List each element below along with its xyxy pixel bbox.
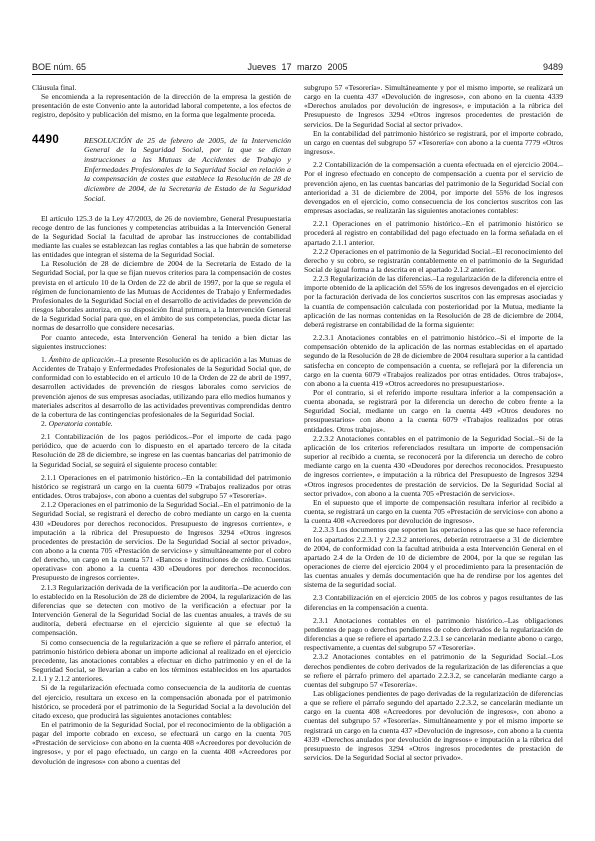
journal-issue: BOE núm. 65 xyxy=(32,62,188,72)
paragraph: 2. Operatoria contable. xyxy=(32,419,291,428)
paragraph: 2.1.2 Operaciones en el patrimonio de la… xyxy=(32,500,291,582)
paragraph: 2.3 Contabilización en el ejercicio 2005… xyxy=(304,593,563,611)
paragraph: 2.1.3 Regularización derivada de la veri… xyxy=(32,583,291,638)
paragraph: Cláusula final. xyxy=(32,83,291,92)
resolution-number: 4490 xyxy=(32,136,84,204)
paragraph: En el supuesto que el importe de compens… xyxy=(304,498,563,525)
paragraph: El artículo 125.3 de la Ley 47/2003, de … xyxy=(32,214,291,260)
paragraph: En la contabilidad del patrimonio histór… xyxy=(304,129,563,156)
document-body: Cláusula final.Se encomienda a la repres… xyxy=(32,83,563,789)
paragraph: 2.2.3.2 Anotaciones contables en el patr… xyxy=(304,434,563,498)
paragraph: 2.2.3.3 Los documentos que soporten las … xyxy=(304,525,563,589)
section-title: Ámbito de aplicación xyxy=(49,355,114,364)
paragraph: Se encomienda a la representación de la … xyxy=(32,92,291,119)
paragraph: 1. Ámbito de aplicación.–La presente Res… xyxy=(32,355,291,419)
paragraph: subgrupo 57 «Tesorería». Simultáneamente… xyxy=(304,83,563,129)
left-column: Cláusula final.Se encomienda a la repres… xyxy=(32,83,291,789)
resolution-item: 4490RESOLUCIÓN de 25 de febrero de 2005,… xyxy=(32,136,291,204)
paragraph: En el patrimonio de la Seguridad Social,… xyxy=(32,720,291,766)
paragraph: 2.2.2 Operaciones en el patrimonio de la… xyxy=(304,247,563,274)
paragraph: 2.2.3 Regularización de las diferencias.… xyxy=(304,274,563,329)
bulletin-page: BOE núm. 65 Jueves 17 marzo 2005 9489 Cl… xyxy=(0,0,595,841)
page-number: 9489 xyxy=(407,62,563,72)
paragraph: La Resolución de 28 de diciembre de 2004… xyxy=(32,259,291,332)
resolution-summary: RESOLUCIÓN de 25 de febrero de 2005, de … xyxy=(84,136,291,204)
paragraph: Las obligaciones pendientes de pago deri… xyxy=(304,689,563,762)
paragraph: Por el contrario, si el referido importe… xyxy=(304,388,563,434)
issue-date: Jueves 17 marzo 2005 xyxy=(188,62,407,72)
paragraph: Si como consecuencia de la regularizació… xyxy=(32,638,291,684)
section-title: Operatoria contable. xyxy=(49,419,113,428)
paragraph: 2.3.1 Anotaciones contables en el patrim… xyxy=(304,616,563,653)
paragraph: 2.3.2 Anotaciones contables en el patrim… xyxy=(304,652,563,689)
paragraph: 2.2.1 Operaciones en el patrimonio histó… xyxy=(304,219,563,246)
paragraph: 2.2 Contabilización de la compensación a… xyxy=(304,160,563,215)
right-column: subgrupo 57 «Tesorería». Simultáneamente… xyxy=(304,83,563,789)
paragraph: 2.1 Contabilización de los pagos periódi… xyxy=(32,432,291,469)
page-header: BOE núm. 65 Jueves 17 marzo 2005 9489 xyxy=(32,62,563,75)
paragraph: 2.1.1 Operaciones en el patrimonio histó… xyxy=(32,473,291,500)
paragraph: 2.2.3.1 Anotaciones contables en el patr… xyxy=(304,333,563,388)
paragraph: Si de la regularización efectuada como c… xyxy=(32,683,291,720)
paragraph: Por cuanto antecede, esta Intervención G… xyxy=(32,333,291,351)
